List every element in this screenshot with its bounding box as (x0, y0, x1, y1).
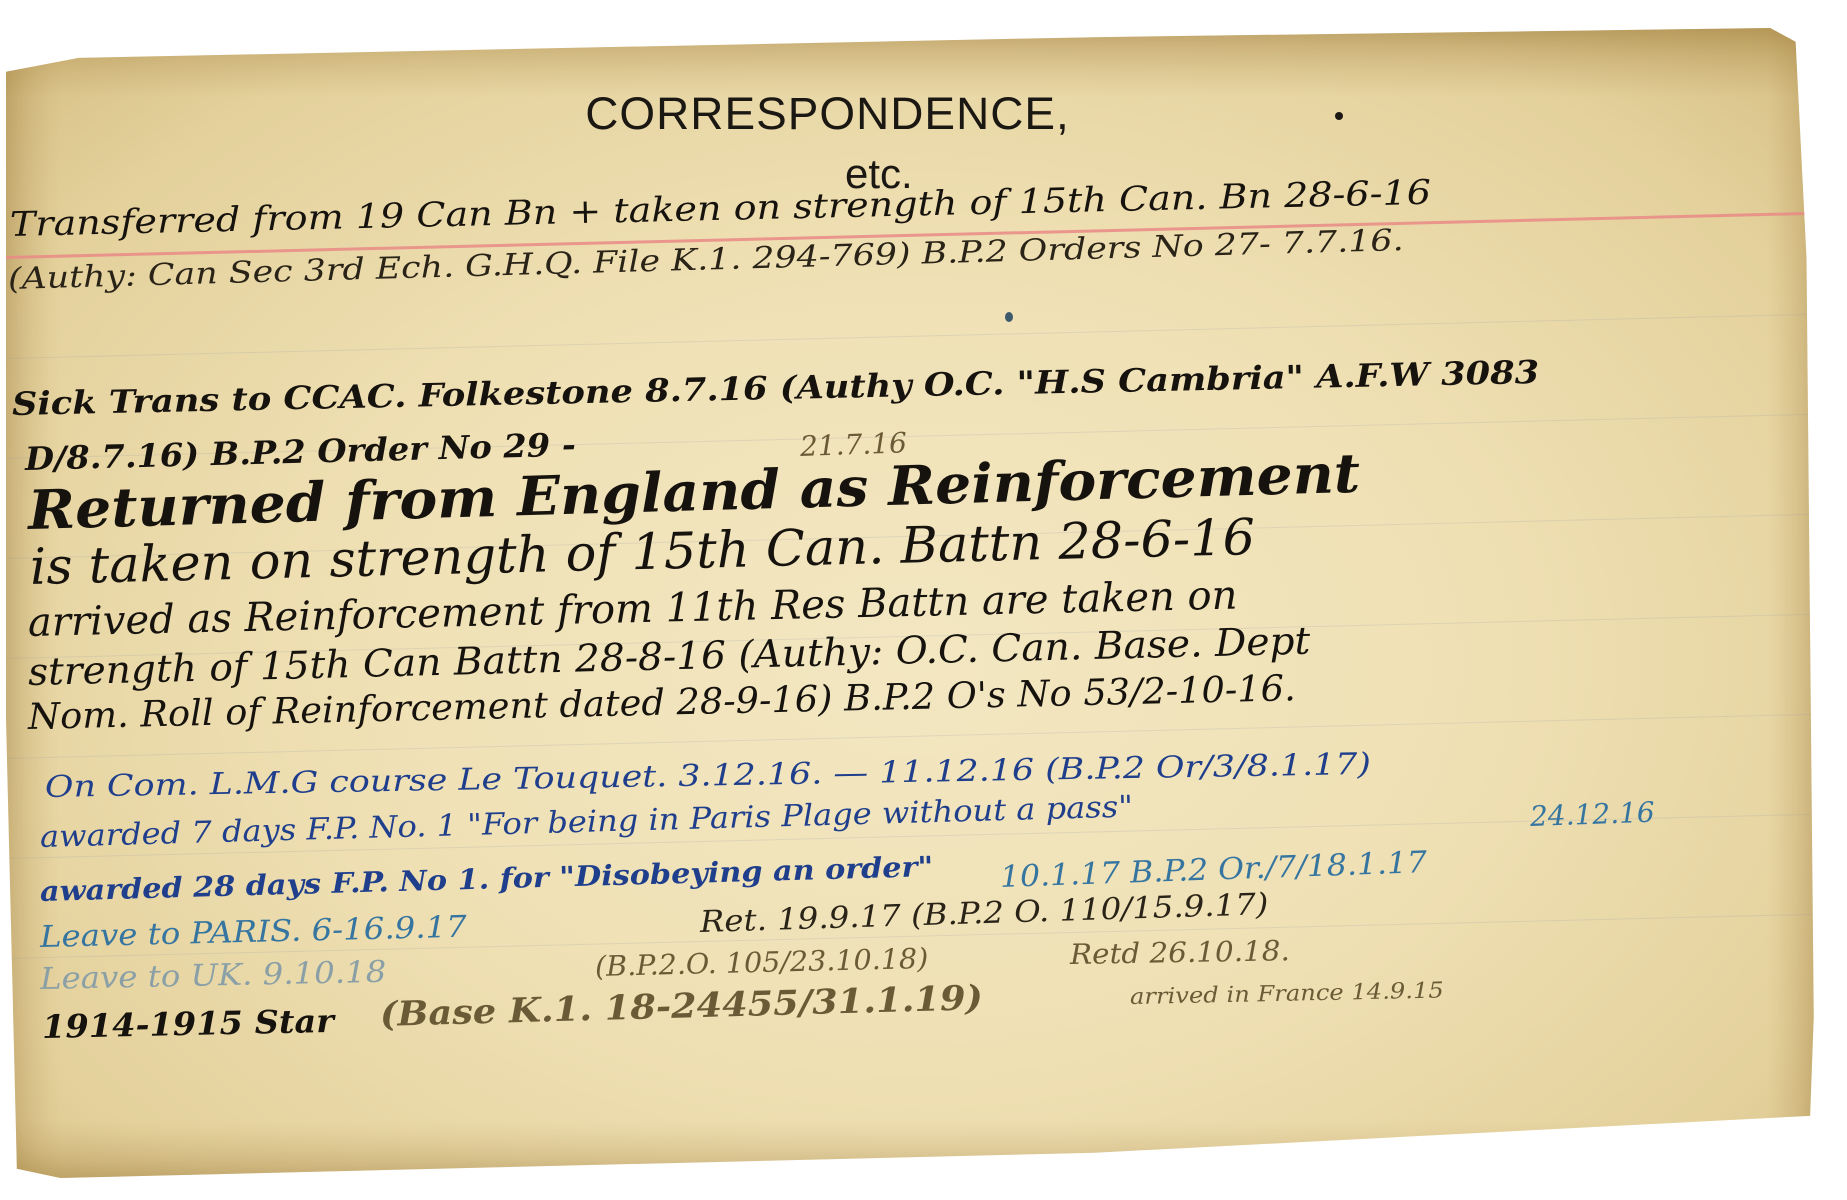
entry-leave-uk: Leave to UK. 9.10.18 (40, 955, 387, 997)
entry-leave-uk-return: Retd 26.10.18. (1070, 934, 1290, 971)
faint-ruled-line (6, 314, 1825, 359)
ink-blot (1005, 312, 1013, 322)
entry-awarded-7-days-date: 24.12.16 (1529, 796, 1655, 833)
card-heading: CORRESPONDENCE, (585, 88, 1070, 140)
printed-dot (1335, 112, 1343, 120)
entry-star-medal: 1914-1915 Star (42, 1002, 335, 1046)
